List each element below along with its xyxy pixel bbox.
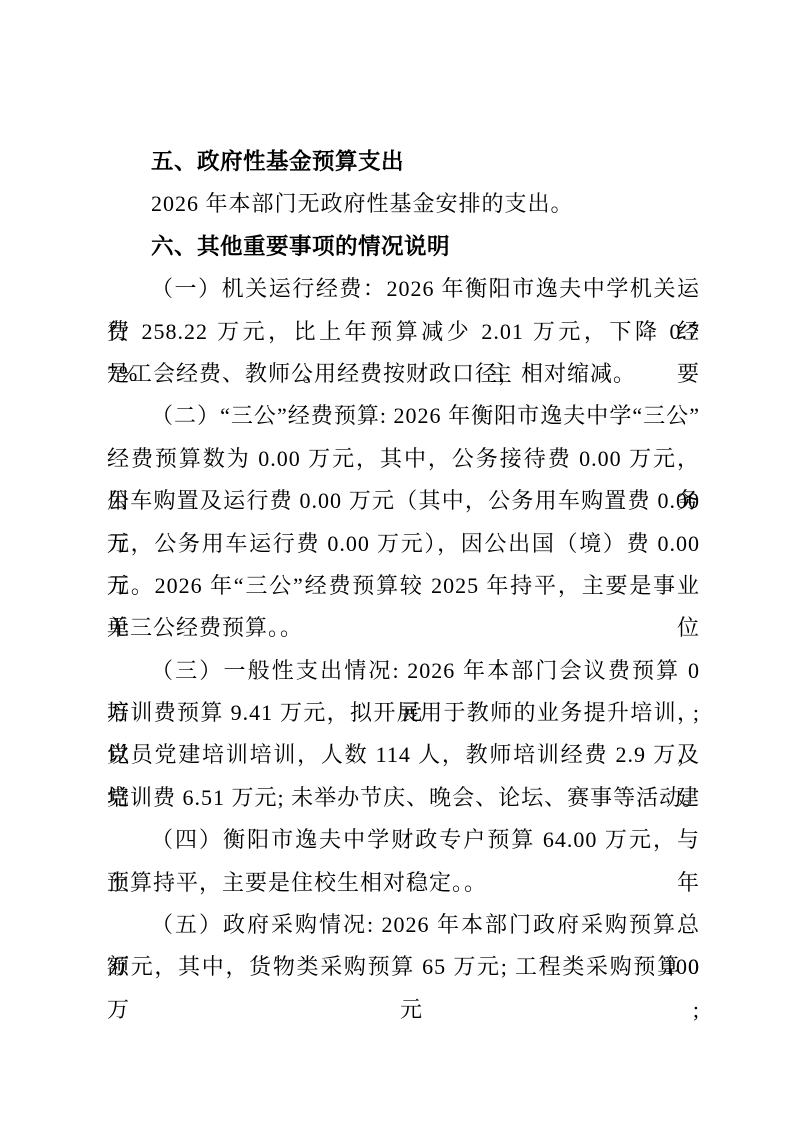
paragraph-line: 培训费 6.51 万元; 未举办节庆、晚会、论坛、赛事等活动。 <box>107 777 700 819</box>
paragraph-line: 元。2026 年“三公”经费预算较 2025 年持平，主要是事业单位 <box>107 565 700 607</box>
paragraph-line: 党员党建培训培训，人数 114 人，教师培训经费 2.9 万，党建 <box>107 734 700 776</box>
paragraph-line: 经费预算数为 0.00 万元，其中，公务接待费 0.00 万元，公务 <box>107 438 700 480</box>
paragraph-line: （二）“三公”经费预算: 2026 年衡阳市逸夫中学“三公” <box>107 395 700 437</box>
section-heading-five: 五、政府性基金预算支出 <box>107 141 700 183</box>
paragraph-line: 用车购置及运行费 0.00 万元（其中，公务用车购置费 0.00 万 <box>107 480 700 522</box>
paragraph-line: （一）机关运行经费：2026 年衡阳市逸夫中学机关运行经 <box>107 268 700 310</box>
document-page: 五、政府性基金预算支出 2026 年本部门无政府性基金安排的支出。 六、其他重要… <box>107 141 700 989</box>
paragraph-line: 是工会经费、教师公用经费按财政口径，相对缩减。 <box>107 353 700 395</box>
paragraph-line: （四）衡阳市逸夫中学财政专户预算 64.00 万元，与上年 <box>107 819 700 861</box>
paragraph-line: （五）政府采购情况: 2026 年本部门政府采购预算总额 100 <box>107 904 700 946</box>
paragraph-line: 万元，其中，货物类采购预算 65 万元; 工程类采购预算 0 万元; <box>107 946 700 988</box>
paragraph-line: 元，公务用车运行费 0.00 万元），因公出国（境）费 0.00 万 <box>107 523 700 565</box>
section-heading-six: 六、其他重要事项的情况说明 <box>107 226 700 268</box>
paragraph-line: （三）一般性支出情况: 2026 年本部门会议费预算 0 万元; <box>107 650 700 692</box>
paragraph-line: 费 258.22 万元，比上年预算减少 2.01 万元，下降 0.77%。主要 <box>107 311 700 353</box>
paragraph-line: 2026 年本部门无政府性基金安排的支出。 <box>107 183 700 225</box>
paragraph-line: 培训费预算 9.41 万元，拟开展用于教师的业务提升培训，以及 <box>107 692 700 734</box>
